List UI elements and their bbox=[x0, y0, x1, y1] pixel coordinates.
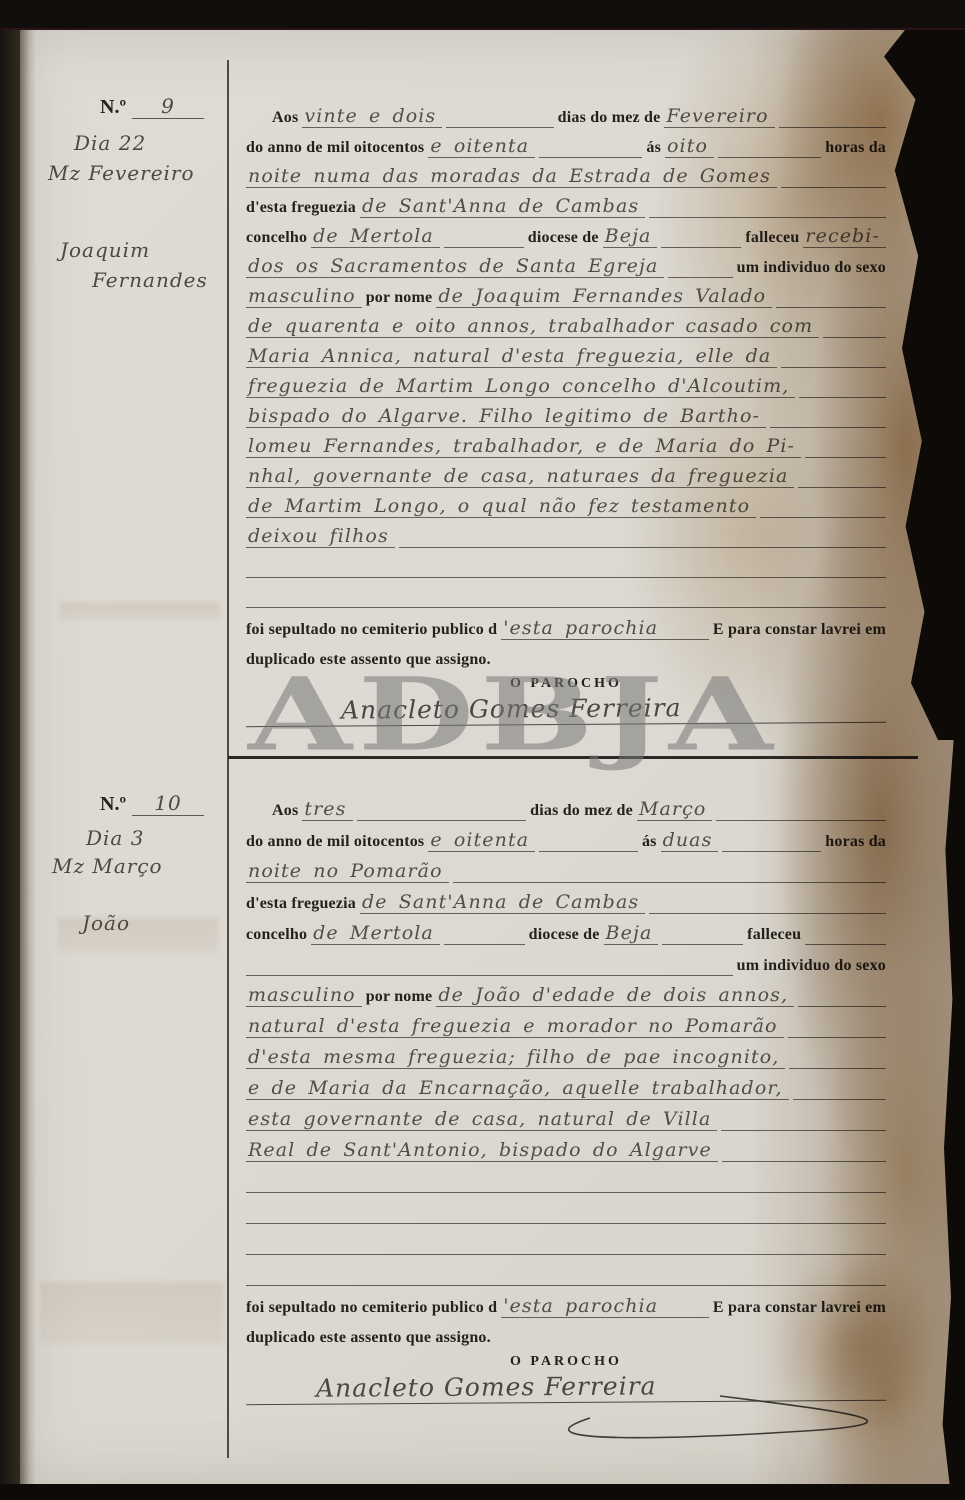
form-line: masculinopor nomede João d'edade de dois… bbox=[246, 976, 886, 1007]
printed-text: horas da bbox=[825, 139, 886, 158]
form-line: Aostresdias do mez deMarço bbox=[246, 790, 886, 821]
form-line: noite no Pomarão bbox=[246, 852, 886, 883]
ruled-fill bbox=[805, 455, 886, 458]
record-number: N.º10 bbox=[100, 791, 204, 816]
printed-text: concelho bbox=[246, 229, 307, 248]
form-line: esta governante de casa, natural de Vill… bbox=[246, 1100, 886, 1131]
form-line: Real de Sant'Antonio, bispado do Algarve bbox=[246, 1131, 886, 1162]
form-line: nhal, governante de casa, naturaes da fr… bbox=[246, 458, 886, 488]
ruled-fill bbox=[246, 575, 886, 578]
ruled-fill bbox=[453, 880, 886, 883]
ruled-fill bbox=[721, 1128, 886, 1131]
spine-shadow bbox=[20, 28, 36, 1484]
record-footer: foi sepultado no cemiterio publico d 'es… bbox=[246, 1286, 886, 1403]
form-line: d'esta fregueziade Sant'Anna de Cambas bbox=[246, 188, 886, 218]
printed-text: um individuo do sexo bbox=[737, 259, 886, 278]
form-line bbox=[246, 578, 886, 608]
form-line: de Martim Longo, o qual não fez testamen… bbox=[246, 488, 886, 518]
ruled-fill bbox=[776, 305, 886, 308]
handwritten-text: recebi- bbox=[803, 225, 886, 248]
printed-text: do anno de mil oitocentos bbox=[246, 139, 424, 158]
number-label: N.º bbox=[100, 96, 126, 118]
record-form-lines: Aostresdias do mez deMarçodo anno de mil… bbox=[246, 790, 886, 1286]
handwritten-text: lomeu Fernandes, trabalhador, e de Maria… bbox=[246, 435, 801, 458]
handwritten-text: bispado do Algarve. Filho legitimo de Ba… bbox=[246, 405, 766, 428]
printed-text: foi sepultado no cemiterio publico d bbox=[246, 621, 497, 640]
ruled-fill bbox=[789, 1066, 886, 1069]
printed-text: dias do mez de bbox=[530, 802, 633, 821]
margin-vertical-rule bbox=[227, 60, 229, 1458]
printed-text: d'esta freguezia bbox=[246, 199, 356, 218]
ruled-fill bbox=[668, 275, 732, 278]
handwritten-text: de Martim Longo, o qual não fez testamen… bbox=[246, 495, 756, 518]
ruled-fill bbox=[779, 125, 886, 128]
form-line: noite numa das moradas da Estrada de Gom… bbox=[246, 158, 886, 188]
deceased-name-margin: João bbox=[82, 908, 204, 938]
form-line: Aosvinte e doisdias do mez deFevereiro bbox=[246, 98, 886, 128]
margin-name-line: Fernandes bbox=[60, 265, 208, 295]
ruled-fill bbox=[781, 365, 886, 368]
ruled-fill bbox=[357, 818, 527, 821]
handwritten-text: e de Maria da Encarnação, aquelle trabal… bbox=[246, 1077, 789, 1100]
handwritten-text: masculino bbox=[246, 984, 362, 1007]
printed-text: por nome bbox=[366, 289, 433, 308]
ruled-fill bbox=[799, 395, 886, 398]
ruled-fill bbox=[760, 515, 886, 518]
ruled-fill bbox=[446, 125, 553, 128]
ruled-fill bbox=[805, 942, 886, 945]
handwritten-text: natural d'esta freguezia e morador no Po… bbox=[246, 1015, 784, 1038]
handwritten-text: masculino bbox=[246, 285, 362, 308]
ruled-fill bbox=[662, 942, 743, 945]
handwritten-text: nhal, governante de casa, naturaes da fr… bbox=[246, 465, 794, 488]
handwritten-text: noite no Pomarão bbox=[246, 860, 449, 883]
form-line bbox=[246, 1162, 886, 1193]
record-separator-rule bbox=[228, 756, 918, 759]
form-line: d'esta fregueziade Sant'Anna de Cambas bbox=[246, 883, 886, 914]
handwritten-text: Beja bbox=[604, 922, 659, 945]
handwritten-text: 'esta parochia bbox=[501, 1295, 709, 1318]
ruled-fill bbox=[444, 245, 524, 248]
margin-day: Dia 22 bbox=[74, 131, 208, 155]
form-line bbox=[246, 1224, 886, 1255]
handwritten-text: tres bbox=[302, 798, 352, 821]
handwritten-text: e oitenta bbox=[428, 135, 535, 158]
ruled-fill bbox=[246, 605, 886, 608]
printed-text: duplicado este assento que assigno. bbox=[246, 651, 491, 670]
printed-text: E para constar lavrei em bbox=[713, 621, 886, 640]
form-line: lomeu Fernandes, trabalhador, e de Maria… bbox=[246, 428, 886, 458]
record-number-value: 10 bbox=[132, 791, 204, 816]
handwritten-text: e oitenta bbox=[428, 829, 535, 852]
signature-line: Anacleto Gomes Ferreira bbox=[246, 690, 886, 727]
margin-month: Mz Março bbox=[52, 854, 204, 878]
handwritten-text: d'esta mesma freguezia; filho de pae inc… bbox=[246, 1046, 785, 1069]
printed-text: E para constar lavrei em bbox=[713, 1299, 886, 1318]
handwritten-text: Maria Annica, natural d'esta freguezia, … bbox=[246, 345, 777, 368]
ruled-fill bbox=[539, 849, 638, 852]
death-record-9: Aosvinte e doisdias do mez deFevereirodo… bbox=[246, 98, 886, 725]
margin-month: Mz Fevereiro bbox=[48, 161, 208, 185]
form-line: masculinopor nomede Joaquim Fernandes Va… bbox=[246, 278, 886, 308]
ruled-fill bbox=[770, 425, 886, 428]
record-form-lines: Aosvinte e doisdias do mez deFevereirodo… bbox=[246, 98, 886, 608]
ruled-fill bbox=[661, 245, 741, 248]
printed-text: um individuo do sexo bbox=[737, 957, 886, 976]
ruled-fill bbox=[246, 1221, 886, 1224]
number-label: N.º bbox=[100, 793, 126, 815]
form-line: concelhode Mertoladiocese deBejafalleceu bbox=[246, 914, 886, 945]
ruled-fill bbox=[788, 1035, 886, 1038]
handwritten-text: oito bbox=[665, 135, 714, 158]
death-record-10: Aostresdias do mez deMarçodo anno de mil… bbox=[246, 790, 886, 1403]
ruled-fill bbox=[781, 185, 886, 188]
record-footer: foi sepultado no cemiterio publico d 'es… bbox=[246, 608, 886, 725]
printed-text: duplicado este assento que assigno. bbox=[246, 1329, 491, 1348]
handwritten-text: Real de Sant'Antonio, bispado do Algarve bbox=[246, 1139, 718, 1162]
ruled-fill bbox=[246, 1190, 886, 1193]
margin-name-line: Joaquim bbox=[60, 235, 208, 265]
ruled-fill bbox=[798, 1004, 886, 1007]
book-spine bbox=[0, 28, 20, 1484]
scanned-death-register-page: N.º9 Dia 22 Mz Fevereiro JoaquimFernande… bbox=[0, 0, 965, 1500]
form-line: bispado do Algarve. Filho legitimo de Ba… bbox=[246, 398, 886, 428]
ruled-fill bbox=[444, 942, 525, 945]
handwritten-text: de Sant'Anna de Cambas bbox=[360, 891, 645, 914]
handwritten-text: de Mertola bbox=[311, 225, 440, 248]
form-line: dos os Sacramentos de Santa Egrejaum ind… bbox=[246, 248, 886, 278]
handwritten-text: de Mertola bbox=[311, 922, 440, 945]
printed-text: diocese de bbox=[529, 926, 600, 945]
ruled-fill bbox=[246, 973, 733, 976]
form-line: Maria Annica, natural d'esta freguezia, … bbox=[246, 338, 886, 368]
ruled-fill bbox=[246, 1283, 886, 1286]
form-line bbox=[246, 548, 886, 578]
margin-notes-record-9: N.º9 Dia 22 Mz Fevereiro JoaquimFernande… bbox=[100, 94, 208, 295]
ruled-fill bbox=[798, 485, 886, 488]
printed-text: Aos bbox=[272, 802, 298, 821]
margin-notes-record-10: N.º10 Dia 3 Mz Março João bbox=[100, 791, 204, 938]
handwritten-text: duas bbox=[661, 829, 719, 852]
handwritten-text: de quarenta e oito annos, trabalhador ca… bbox=[246, 315, 819, 338]
handwritten-text: freguezia de Martim Longo concelho d'Alc… bbox=[246, 375, 795, 398]
form-line: concelhode Mertoladiocese deBejafalleceu… bbox=[246, 218, 886, 248]
form-line: freguezia de Martim Longo concelho d'Alc… bbox=[246, 368, 886, 398]
handwritten-text: esta governante de casa, natural de Vill… bbox=[246, 1108, 717, 1131]
printed-text: ás bbox=[642, 833, 657, 852]
margin-day: Dia 3 bbox=[86, 826, 204, 850]
handwritten-text: deixou filhos bbox=[246, 525, 395, 548]
printed-text: falleceu bbox=[745, 229, 799, 248]
scan-background-bottom bbox=[0, 1484, 965, 1500]
ruled-fill bbox=[718, 155, 821, 158]
ruled-fill bbox=[823, 335, 886, 338]
handwritten-text: vinte e dois bbox=[302, 105, 442, 128]
attestation-line: duplicado este assento que assigno. bbox=[246, 1318, 886, 1348]
handwritten-text: dos os Sacramentos de Santa Egreja bbox=[246, 255, 664, 278]
form-line bbox=[246, 1193, 886, 1224]
deceased-name-margin: JoaquimFernandes bbox=[60, 235, 208, 295]
printed-text: falleceu bbox=[747, 926, 801, 945]
attestation-line: duplicado este assento que assigno. bbox=[246, 640, 886, 670]
printed-text: ás bbox=[646, 139, 661, 158]
form-line: do anno de mil oitocentose oitentaásoito… bbox=[246, 128, 886, 158]
ruled-fill bbox=[649, 215, 886, 218]
printed-text: Aos bbox=[272, 109, 298, 128]
ruled-fill bbox=[793, 1097, 886, 1100]
form-line: e de Maria da Encarnação, aquelle trabal… bbox=[246, 1069, 886, 1100]
handwritten-text: de Sant'Anna de Cambas bbox=[360, 195, 645, 218]
handwritten-text: noite numa das moradas da Estrada de Gom… bbox=[246, 165, 777, 188]
printed-text: concelho bbox=[246, 926, 307, 945]
handwritten-text: 'esta parochia bbox=[501, 617, 709, 640]
record-number-value: 9 bbox=[132, 94, 204, 119]
margin-name-line: João bbox=[82, 908, 204, 938]
printed-text: d'esta freguezia bbox=[246, 895, 356, 914]
form-line: um individuo do sexo bbox=[246, 945, 886, 976]
form-line: deixou filhos bbox=[246, 518, 886, 548]
form-line: de quarenta e oito annos, trabalhador ca… bbox=[246, 308, 886, 338]
burial-clause-line: foi sepultado no cemiterio publico d 'es… bbox=[246, 1286, 886, 1318]
printed-text: horas da bbox=[825, 833, 886, 852]
ruled-fill bbox=[399, 545, 886, 548]
handwritten-text: Fevereiro bbox=[664, 105, 774, 128]
ruled-fill bbox=[722, 1159, 886, 1162]
handwritten-text: de Joaquim Fernandes Valado bbox=[436, 285, 772, 308]
printed-text: dias do mez de bbox=[558, 109, 661, 128]
ruled-fill bbox=[539, 155, 642, 158]
ruled-fill bbox=[716, 818, 886, 821]
printed-text: do anno de mil oitocentos bbox=[246, 833, 424, 852]
form-line: do anno de mil oitocentose oitentaásduas… bbox=[246, 821, 886, 852]
record-number: N.º9 bbox=[100, 94, 208, 119]
ruled-fill bbox=[246, 1252, 886, 1255]
printed-text: por nome bbox=[366, 988, 433, 1007]
form-line: natural d'esta freguezia e morador no Po… bbox=[246, 1007, 886, 1038]
printed-text: foi sepultado no cemiterio publico d bbox=[246, 1299, 497, 1318]
scan-background-top bbox=[0, 0, 965, 30]
signature-flourish bbox=[420, 1392, 940, 1452]
handwritten-text: Março bbox=[637, 798, 712, 821]
printed-text: diocese de bbox=[528, 229, 599, 248]
handwritten-text: Beja bbox=[603, 225, 658, 248]
priest-signature: Anacleto Gomes Ferreira bbox=[341, 693, 682, 724]
burial-clause-line: foi sepultado no cemiterio publico d 'es… bbox=[246, 608, 886, 640]
ruled-fill bbox=[722, 849, 821, 852]
handwritten-text: de João d'edade de dois annos, bbox=[436, 984, 794, 1007]
ruled-fill bbox=[649, 911, 886, 914]
form-line bbox=[246, 1255, 886, 1286]
form-line: d'esta mesma freguezia; filho de pae inc… bbox=[246, 1038, 886, 1069]
